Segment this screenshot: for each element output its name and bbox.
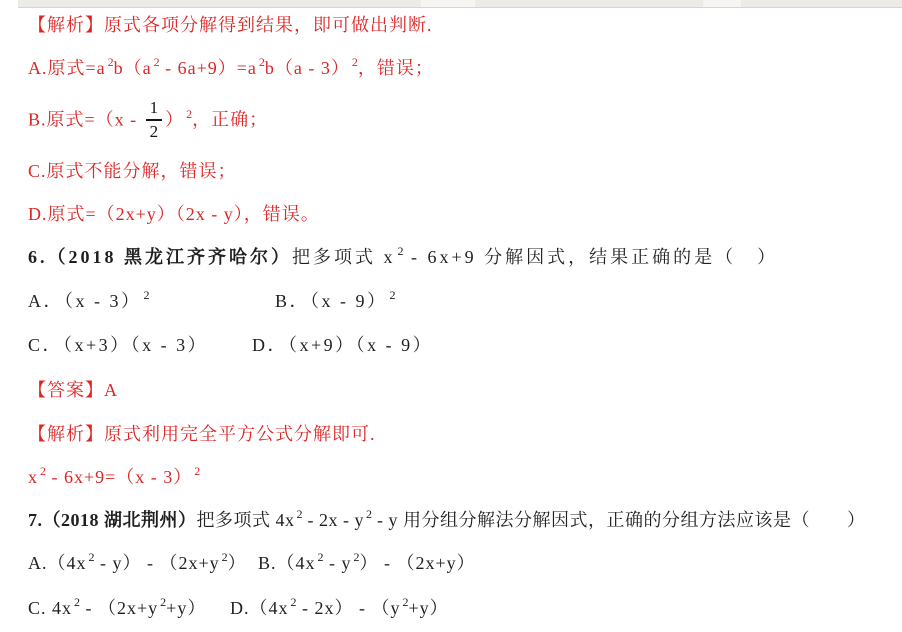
question7-stem: 7.（2018 湖北荆州）把多项式 4x2 - 2x - y2 - y 用分组分… bbox=[28, 508, 866, 532]
superscript: 2 bbox=[403, 595, 409, 609]
superscript: 2 bbox=[186, 107, 192, 121]
question7-option-a: A.（4x2 - y） - （2x+y2） bbox=[28, 551, 247, 575]
question7-option-c: C. 4x2 - （2x+y2+y） bbox=[28, 596, 206, 620]
question6-option-d: D．（x+9）（x - 9） bbox=[252, 333, 433, 357]
question6-option-c: C．（x+3）（x - 3） bbox=[28, 333, 208, 357]
fraction-one-half: 12 bbox=[146, 98, 163, 141]
question6-option-b: B．（x - 9）2 bbox=[275, 289, 396, 313]
solution5-option-b: B.原式=（x - 12）2，正确； bbox=[28, 100, 268, 143]
superscript: 2 bbox=[108, 55, 114, 69]
document-page: 【解析】原式各项分解得到结果，即可做出判断. A.原式=a2b（a2 - 6a+… bbox=[0, 0, 902, 632]
solution5-option-a: A.原式=a2b（a2 - 6a+9）=a2b（a - 3）2，错误； bbox=[28, 56, 434, 80]
question6-equation: x2 - 6x+9=（x - 3）2 bbox=[28, 465, 200, 489]
question7-option-b: B.（4x2 - y2） - （2x+y） bbox=[258, 551, 476, 575]
superscript: 2 bbox=[160, 595, 166, 609]
superscript: 2 bbox=[194, 464, 200, 478]
superscript: 2 bbox=[390, 288, 396, 302]
superscript: 2 bbox=[318, 550, 324, 564]
superscript: 2 bbox=[222, 550, 228, 564]
superscript: 2 bbox=[144, 288, 150, 302]
solution5-option-d: D.原式=（2x+y）（2x - y），错误。 bbox=[28, 202, 320, 226]
superscript: 2 bbox=[89, 550, 95, 564]
superscript: 2 bbox=[259, 55, 265, 69]
superscript: 2 bbox=[352, 55, 358, 69]
superscript: 2 bbox=[398, 244, 404, 258]
strip-segment bbox=[421, 0, 475, 7]
superscript: 2 bbox=[154, 55, 160, 69]
strip-segment bbox=[703, 0, 741, 7]
superscript: 2 bbox=[297, 507, 303, 521]
question6-analysis: 【解析】原式利用完全平方公式分解即可. bbox=[28, 422, 376, 446]
solution5-analysis: 【解析】原式各项分解得到结果，即可做出判断. bbox=[28, 13, 433, 37]
superscript: 2 bbox=[74, 595, 80, 609]
question6-answer: 【答案】A bbox=[28, 378, 118, 402]
superscript: 2 bbox=[366, 507, 372, 521]
superscript: 2 bbox=[291, 595, 297, 609]
question6-option-a: A．（x - 3）2 bbox=[28, 289, 150, 313]
top-edge-strip bbox=[18, 0, 902, 8]
solution5-option-c: C.原式不能分解，错误； bbox=[28, 159, 237, 183]
question7-option-d: D.（4x2 - 2x） - （y2+y） bbox=[230, 596, 449, 620]
superscript: 2 bbox=[354, 550, 360, 564]
question6-stem: 6.（2018 黑龙江齐齐哈尔）把多项式 x2 - 6x+9 分解因式，结果正确… bbox=[28, 245, 778, 269]
superscript: 2 bbox=[40, 464, 46, 478]
